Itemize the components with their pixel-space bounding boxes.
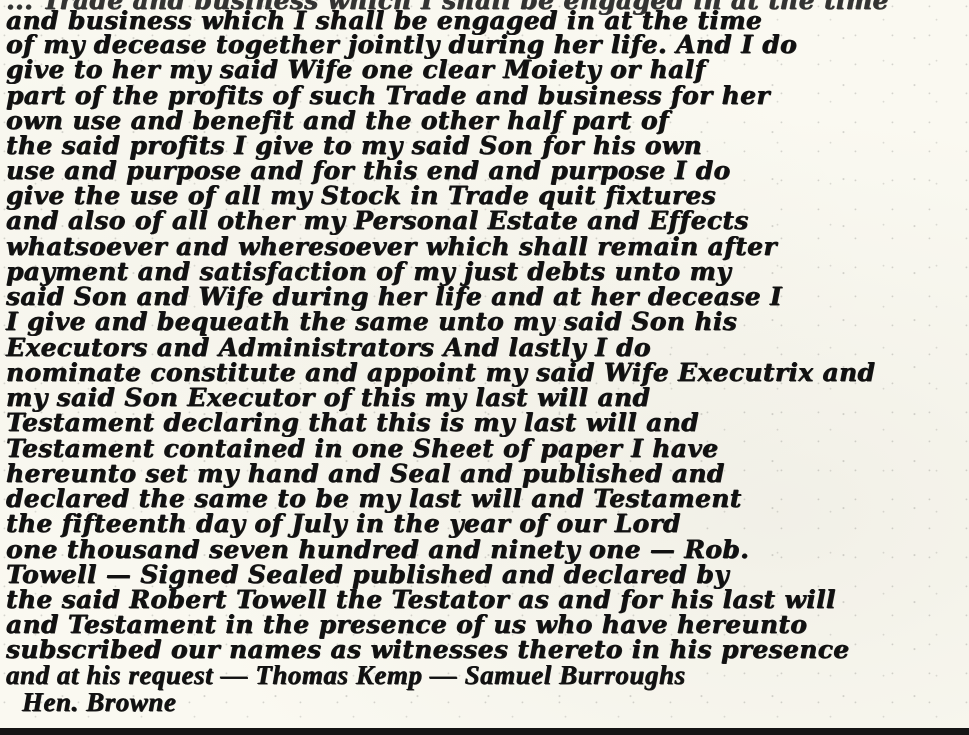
manuscript-line-28-witness-signature: Hen. Browne bbox=[22, 687, 965, 717]
scan-edge-band bbox=[0, 728, 969, 735]
manuscript-line-27-witness-signatures: and at his request — Thomas Kemp — Samue… bbox=[6, 660, 965, 690]
manuscript-page: ... Trade and business which I shall be … bbox=[0, 0, 969, 728]
